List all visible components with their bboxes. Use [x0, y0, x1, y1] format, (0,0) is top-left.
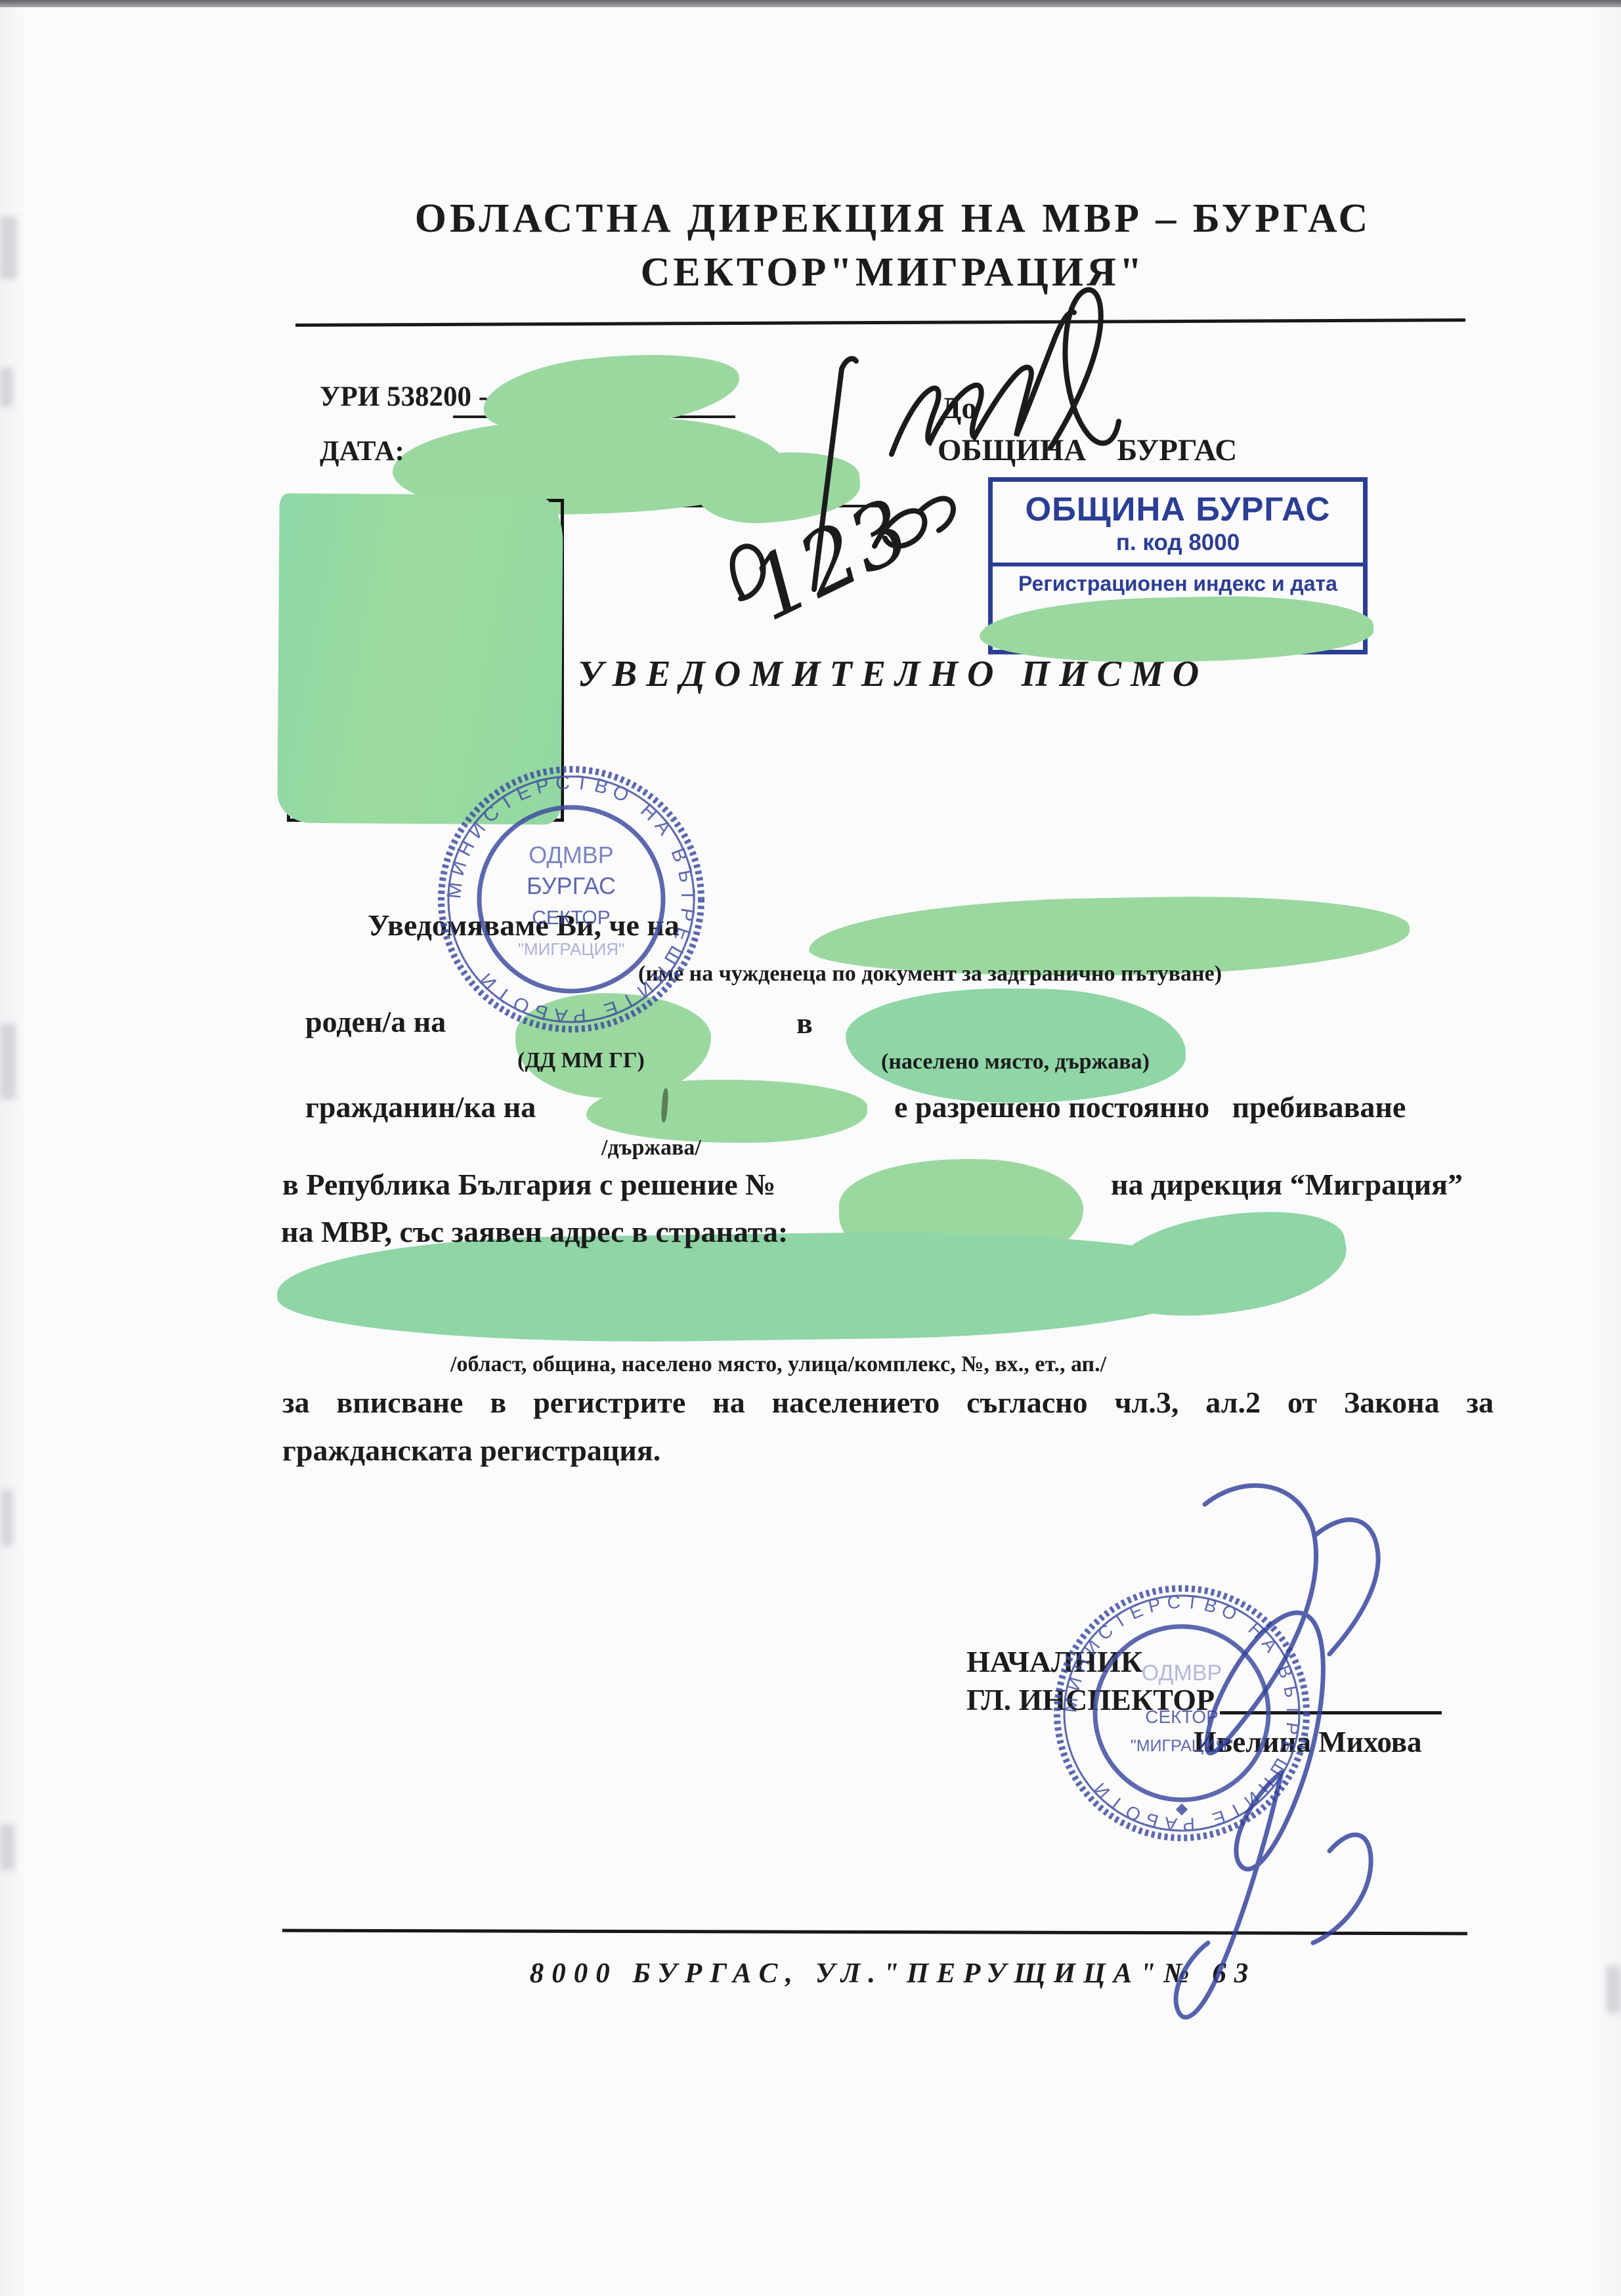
uri-label: УРИ 538200 - — [320, 381, 488, 413]
citizenship-redaction — [586, 1080, 867, 1143]
handwriting-stroke — [842, 358, 856, 369]
scan-artifact — [0, 368, 13, 407]
born-label: роден/а на — [305, 1004, 446, 1039]
handwriting-stroke — [892, 312, 1074, 454]
stamp-center-migracia: "МИГРАЦИЯ" — [518, 939, 625, 959]
stamp-center-burgas: БУРГАС — [527, 872, 616, 899]
stamp-center-odmvr: ОДМВР — [529, 841, 614, 868]
stamp-center-sektor: СЕКТОР — [532, 907, 610, 929]
stamp-inner-circle — [479, 807, 663, 991]
scan-top-edge — [0, 0, 1621, 7]
document-title: УВЕДОМИТЕЛНО ПИСМО — [276, 653, 1510, 695]
directorate-text: на дирекция “Миграция” — [1111, 1167, 1463, 1202]
name-caption: (име на чужденеца по документ за задгран… — [638, 962, 1222, 987]
birthplace-redaction — [845, 987, 1186, 1104]
scan-artifact — [0, 217, 17, 279]
closing-line-1: за вписване в регистрите на населението … — [282, 1385, 1494, 1420]
letterhead-org-line1: ОБЛАСТНА ДИРЕКЦИЯ НА МВР – БУРГАС — [276, 196, 1510, 242]
date-label: ДАТА: — [320, 435, 404, 467]
scan-artifact — [1, 1490, 13, 1546]
scan-artifact — [0, 1024, 16, 1099]
closing-line-2: гражданската регистрация. — [282, 1433, 660, 1468]
signature-stroke — [1313, 1835, 1371, 1943]
signature-stroke — [1205, 1485, 1323, 1869]
birthdate-caption: (ДД ММ ГГ) — [517, 1048, 645, 1073]
signature-stroke — [1314, 1520, 1378, 1654]
handwritten-annotation: 123 — [683, 276, 1156, 643]
round-stamp-mvr-upper: МИНИСТЕРСТВО НА ВЪТРЕШНИТЕ РАБОТИ ОДМВР … — [430, 758, 712, 1040]
in-word: в — [796, 1006, 813, 1040]
address-caption: /област, община, населено място, улица/к… — [450, 1352, 1106, 1377]
decision-label: в Република България с решение № — [282, 1167, 775, 1202]
citizen-label: гражданин/ка на — [305, 1090, 536, 1124]
handwriting-stroke — [1050, 289, 1119, 448]
handwriting-digits: 123 — [735, 479, 925, 640]
scan-artifact — [0, 1825, 14, 1871]
scan-artifact — [1606, 1966, 1621, 2013]
scanned-document-page: { "colors":{ "redaction_green":"#9ad89f"… — [0, 0, 1621, 2296]
address-intro: на МВР, със заявен адрес в страната: — [281, 1214, 788, 1249]
signature-stroke — [1176, 1772, 1282, 2017]
official-signature — [1077, 1424, 1497, 2054]
birthplace-caption: (населено място, държава) — [881, 1050, 1150, 1074]
country-caption: /държава/ — [601, 1136, 701, 1160]
granted-text: е разрешено постоянно пребиваване — [894, 1090, 1406, 1124]
